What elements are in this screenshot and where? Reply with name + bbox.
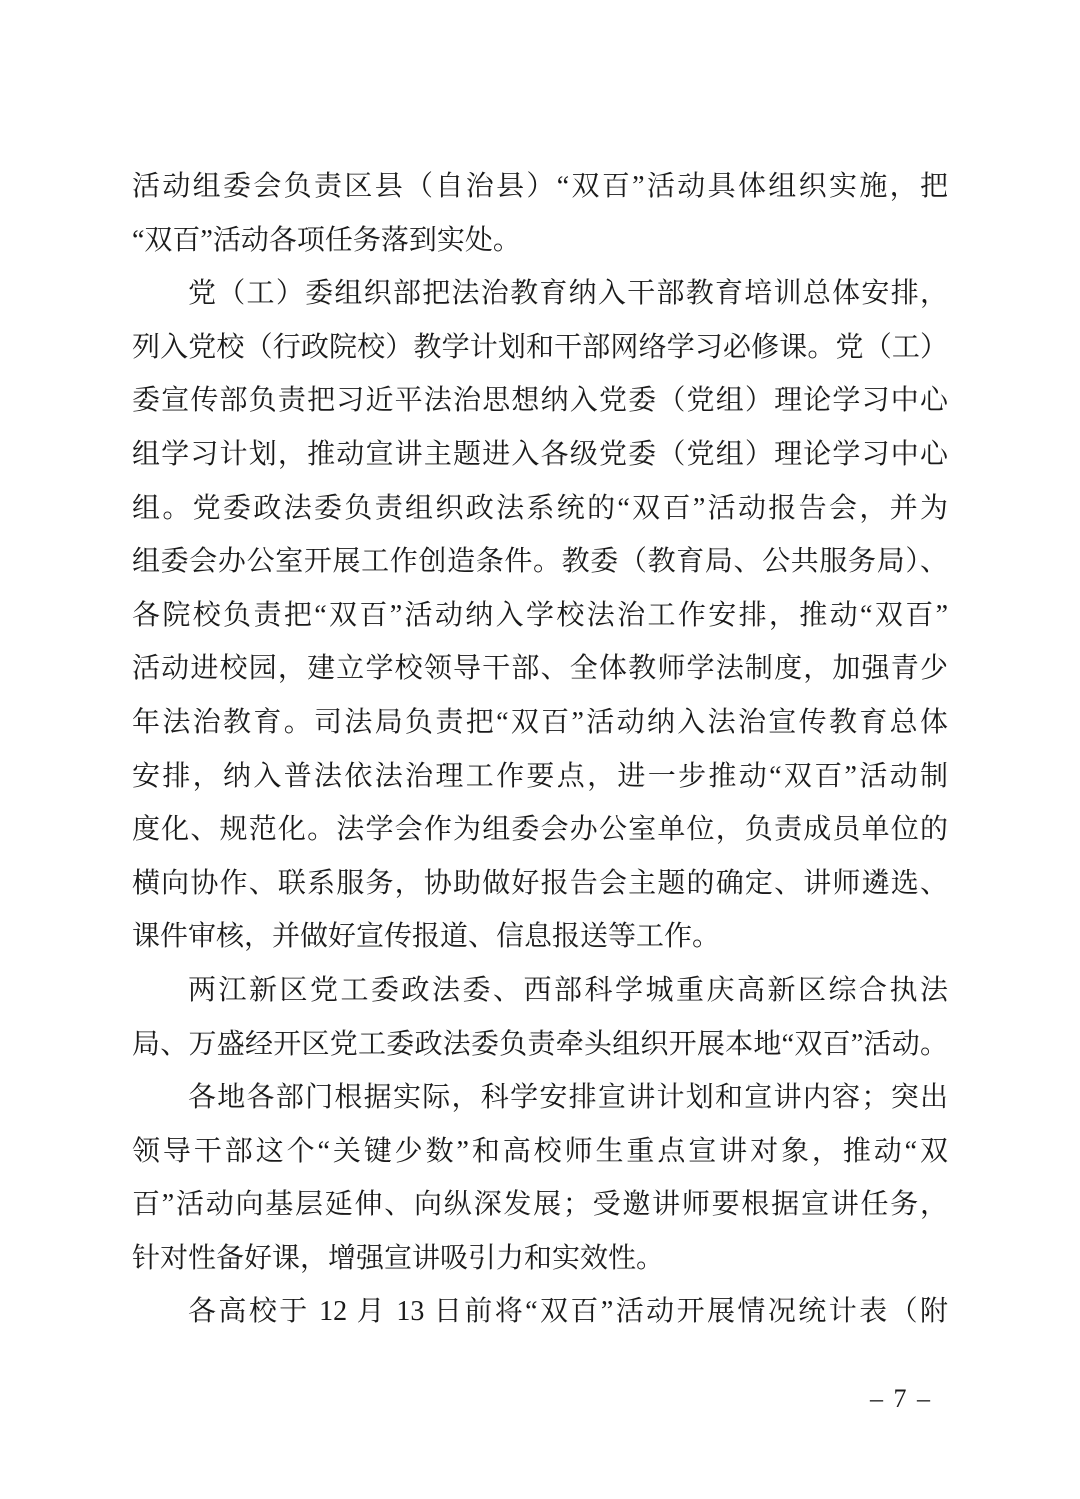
document-page: 活动组委会负责区县（自治县）“双百”活动具体组织实施，把 “双百”活动各项任务落… — [0, 0, 1080, 1499]
text-line: 党（工）委组织部把法治教育纳入干部教育培训总体安排， — [132, 267, 948, 321]
text-line: 各院校负责把“双百”活动纳入学校法治工作安排，推动“双百” — [132, 589, 948, 643]
text-line: 安排，纳入普法依法治理工作要点，进一步推动“双百”活动制 — [132, 750, 948, 804]
body-text-block: 活动组委会负责区县（自治县）“双百”活动具体组织实施，把 “双百”活动各项任务落… — [132, 160, 948, 1339]
text-line: 领导干部这个“关键少数”和高校师生重点宣讲对象，推动“双 — [132, 1125, 948, 1179]
text-line: 百”活动向基层延伸、向纵深发展；受邀讲师要根据宣讲任务， — [132, 1178, 948, 1232]
text-line: 横向协作、联系服务，协助做好报告会主题的确定、讲师遴选、 — [132, 857, 948, 911]
text-line: 组委会办公室开展工作创造条件。教委（教育局、公共服务局）、 — [132, 535, 948, 589]
text-line: 组。党委政法委负责组织政法系统的“双百”活动报告会，并为 — [132, 482, 948, 536]
page-number: – 7 – — [870, 1384, 932, 1414]
text-line: 课件审核，并做好宣传报道、信息报送等工作。 — [132, 910, 948, 964]
text-line: 针对性备好课，增强宣讲吸引力和实效性。 — [132, 1232, 948, 1286]
text-line: 活动组委会负责区县（自治县）“双百”活动具体组织实施，把 — [132, 160, 948, 214]
text-line: 委宣传部负责把习近平法治思想纳入党委（党组）理论学习中心 — [132, 374, 948, 428]
text-line: 年法治教育。司法局负责把“双百”活动纳入法治宣传教育总体 — [132, 696, 948, 750]
text-line: 活动进校园，建立学校领导干部、全体教师学法制度，加强青少 — [132, 642, 948, 696]
text-line: 列入党校（行政院校）教学计划和干部网络学习必修课。党（工） — [132, 321, 948, 375]
text-line: 度化、规范化。法学会作为组委会办公室单位，负责成员单位的 — [132, 803, 948, 857]
text-line: “双百”活动各项任务落到实处。 — [132, 214, 948, 268]
text-line: 局、万盛经开区党工委政法委负责牵头组织开展本地“双百”活动。 — [132, 1018, 948, 1072]
text-line: 组学习计划，推动宣讲主题进入各级党委（党组）理论学习中心 — [132, 428, 948, 482]
text-line: 各地各部门根据实际，科学安排宣讲计划和宣讲内容；突出 — [132, 1071, 948, 1125]
text-line: 各高校于 12 月 13 日前将“双百”活动开展情况统计表（附 — [132, 1285, 948, 1339]
text-line: 两江新区党工委政法委、西部科学城重庆高新区综合执法 — [132, 964, 948, 1018]
